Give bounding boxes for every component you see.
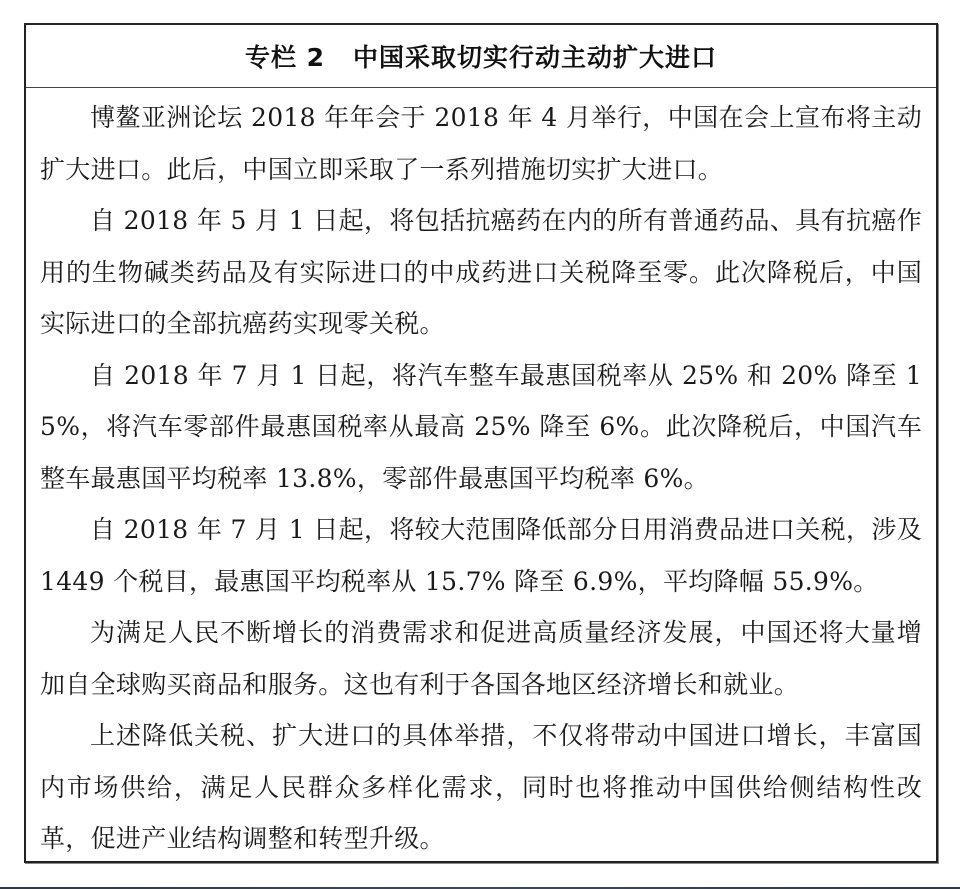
- box-body: 博鳌亚洲论坛 2018 年年会于 2018 年 4 月举行，中国在会上宣布将主动…: [26, 88, 936, 865]
- sidebar-box: 专栏 2 中国采取切实行动主动扩大进口 博鳌亚洲论坛 2018 年年会于 201…: [24, 23, 938, 863]
- paragraph-auto-tariffs: 自 2018 年 7 月 1 日起，将汽车整车最惠国税率从 25% 和 20% …: [40, 350, 922, 505]
- paragraph-summary: 上述降低关税、扩大进口的具体举措，不仅将带动中国进口增长，丰富国内市场供给，满足…: [40, 710, 922, 865]
- paragraph-global-purchases: 为满足人民不断增长的消费需求和促进高质量经济发展，中国还将大量增加自全球购买商品…: [40, 607, 922, 710]
- paragraph-drug-tariffs: 自 2018 年 5 月 1 日起，将包括抗癌药在内的所有普通药品、具有抗癌作用…: [40, 195, 922, 350]
- paragraph-consumer-goods-tariffs: 自 2018 年 7 月 1 日起，将较大范围降低部分日用消费品进口关税，涉及 …: [40, 504, 922, 607]
- box-title: 中国采取切实行动主动扩大进口: [353, 38, 717, 74]
- box-label: 专栏 2: [245, 38, 325, 74]
- paragraph-boao-forum: 博鳌亚洲论坛 2018 年年会于 2018 年 4 月举行，中国在会上宣布将主动…: [40, 92, 922, 195]
- box-header: 专栏 2 中国采取切实行动主动扩大进口: [26, 25, 936, 88]
